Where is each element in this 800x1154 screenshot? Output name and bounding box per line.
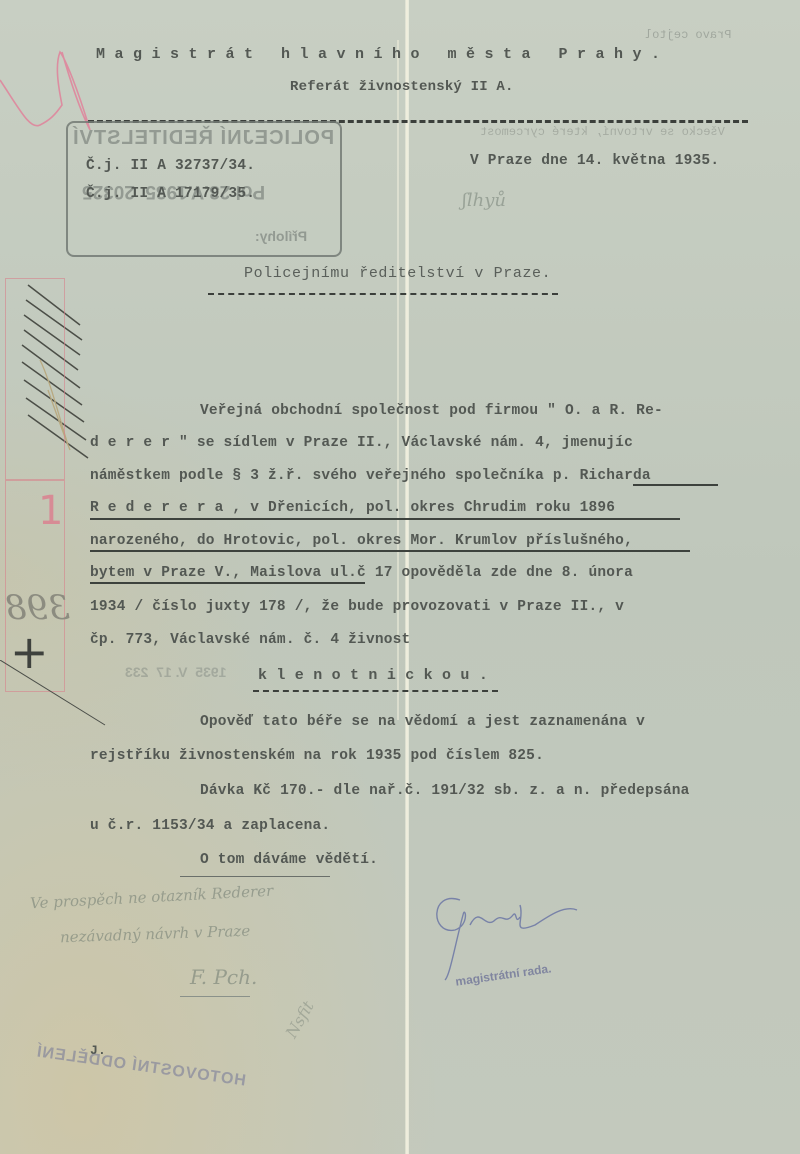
bleed-through-text: Pravo cejtol bbox=[645, 28, 731, 42]
body-line: narozeného, do Hrotovic, pol. okres Mor.… bbox=[90, 533, 633, 549]
recipient-underline bbox=[208, 293, 558, 295]
place-date: V Praze dne 14. května 1935. bbox=[470, 153, 719, 169]
bleed-through-text-2: Všecko se vrtovní, které cyrcemost bbox=[480, 125, 725, 139]
margin-red-number: 398 bbox=[5, 588, 70, 628]
red-pencil-mark-icon bbox=[0, 20, 100, 130]
body-line: 1934 / číslo juxty 178 /, že bude provoz… bbox=[90, 599, 624, 615]
underline bbox=[90, 582, 365, 584]
ghost-attachments-label: Přílohy: bbox=[255, 228, 307, 244]
handwritten-note-line: Ve prospěch ne otazník Rederer bbox=[30, 882, 274, 913]
body-line: Opověď tato béře se na vědomí a jest zaz… bbox=[200, 714, 645, 730]
department-name: Referát živnostenský II A. bbox=[290, 79, 514, 95]
body-line: Dávka Kč 170.- dle nař.č. 191/32 sb. z. … bbox=[200, 783, 690, 799]
body-line: d e r e r " se sídlem v Praze II., Václa… bbox=[90, 435, 633, 451]
body-line: u č.r. 1153/34 a zaplacena. bbox=[90, 818, 330, 834]
handwritten-underline bbox=[180, 996, 250, 997]
handwritten-note-initials: F. Pch. bbox=[190, 965, 257, 989]
paper-fold-line-secondary bbox=[397, 40, 399, 720]
issuing-authority: Magistrát hlavního města Prahy. bbox=[96, 46, 670, 63]
body-line: R e d e r e r a , v Dřenicích, pol. okre… bbox=[90, 500, 615, 516]
underline bbox=[90, 518, 680, 520]
underline bbox=[90, 550, 690, 552]
ghost-date-stamp: 1935 V. 17 233 bbox=[125, 664, 226, 680]
ghost-police-stamp: POLICEJNÍ ŘEDITELSTVÍ bbox=[72, 127, 334, 150]
body-line: Veřejná obchodní společnost pod firmou "… bbox=[200, 403, 663, 419]
underline bbox=[633, 484, 718, 486]
footer-stamp: HOTOVOSTNÍ ODDĚLENÍ bbox=[35, 1043, 247, 1090]
body-line: rejstříku živnostenském na rok 1935 pod … bbox=[90, 748, 544, 764]
trade-underline bbox=[253, 690, 498, 692]
reference-number-2: Č.j. II A 17179/35. bbox=[86, 186, 255, 202]
body-line: náměstkem podle § 3 ž.ř. svého veřejného… bbox=[90, 468, 651, 484]
body-line: bytem v Praze V., Maislova ul.č 17 opově… bbox=[90, 565, 633, 581]
reference-number-1: Č.j. II A 32737/34. bbox=[86, 158, 255, 174]
margin-red-box bbox=[5, 278, 65, 480]
margin-red-digit: 1 bbox=[38, 488, 63, 534]
trade-type: k l e n o t n i c k o u . bbox=[258, 667, 488, 684]
body-line: čp. 773, Václavské nám. č. 4 živnost bbox=[90, 632, 410, 648]
pencil-scribble: Nsfit bbox=[282, 998, 318, 1042]
handwritten-note-line: nezávadný návrh v Praze bbox=[60, 922, 251, 947]
closing-line: O tom dáváme vědětí. bbox=[200, 852, 378, 868]
closing-underline bbox=[180, 876, 330, 877]
recipient: Policejnímu ředitelství v Praze. bbox=[244, 265, 551, 282]
margin-diagonal-line-icon bbox=[0, 660, 110, 730]
pencil-initials: ʃlhyů bbox=[462, 190, 506, 211]
